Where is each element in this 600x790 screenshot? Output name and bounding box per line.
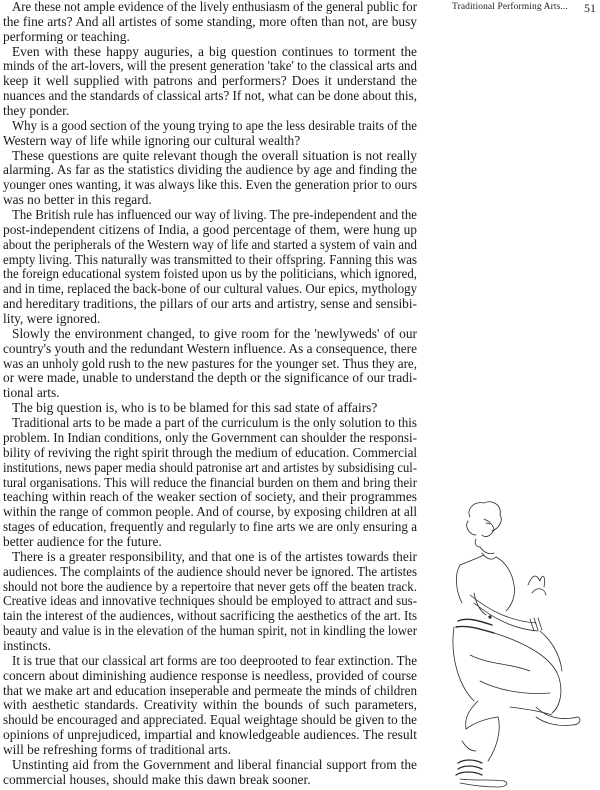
paragraph: Slowly the environment changed, to give … — [3, 327, 417, 401]
running-head: Traditional Performing Arts... 51 — [452, 2, 598, 16]
text-line: Western way of life while ignoring our c… — [3, 134, 417, 149]
text-line: or were made, unable to understand the d… — [3, 371, 417, 386]
paragraph: There is a greater responsibility, and t… — [3, 550, 417, 654]
paragraph: Unstinting aid from the Government and l… — [3, 758, 417, 788]
text-line: nuances and the standards of classical a… — [3, 89, 417, 104]
body-text: Are these not ample evidence of the live… — [3, 0, 417, 788]
text-line: lity, were ignored. — [3, 312, 417, 327]
paragraph: Even with these happy auguries, a big qu… — [3, 45, 417, 119]
text-line: The big question is, who is to be blamed… — [3, 401, 417, 416]
text-line: within the range of common people. And o… — [3, 505, 417, 520]
text-line: problem. In Indian conditions, only the … — [3, 431, 417, 446]
text-line: better audience for the future. — [3, 535, 417, 550]
text-line: concern about diminishing audience respo… — [3, 669, 417, 684]
text-line: should not bore the audience by a repert… — [3, 580, 417, 595]
text-line: beauty and value is in the elevation of … — [3, 624, 417, 639]
text-line: and in time, replaced the back-bone of o… — [3, 282, 417, 297]
text-line: Unstinting aid from the Government and l… — [3, 758, 417, 773]
text-line: post-independent citizens of India, a go… — [3, 223, 417, 238]
running-head-title: Traditional Performing Arts... — [452, 2, 568, 12]
paragraph: Are these not ample evidence of the live… — [3, 0, 417, 45]
text-line: tural organisations. This will reduce th… — [3, 476, 417, 491]
text-line: There is a greater responsibility, and t… — [3, 550, 417, 565]
text-line: country's youth and the redundant Wester… — [3, 342, 417, 357]
paragraph: It is true that our classical art forms … — [3, 654, 417, 758]
text-line: that we make art and education inseperab… — [3, 684, 417, 699]
text-line: commercial houses, should make this dawn… — [3, 773, 417, 788]
text-line: instincts. — [3, 639, 417, 654]
paragraph: These questions are quite relevant thoug… — [3, 149, 417, 208]
text-line: bility of reviving the right spirit thro… — [3, 446, 417, 461]
text-line: Slowly the environment changed, to give … — [3, 327, 417, 342]
text-line: tional arts. — [3, 386, 417, 401]
text-line: keep it well supplied with patrons and p… — [3, 74, 417, 89]
text-line: alarming. As far as the statistics divid… — [3, 163, 417, 178]
paragraph: The British rule has influenced our way … — [3, 208, 417, 327]
text-line: will be refreshing forms of traditional … — [3, 743, 417, 758]
text-line: Are these not ample evidence of the live… — [3, 0, 417, 15]
paragraph: Traditional arts to be made a part of th… — [3, 416, 417, 550]
text-line: the fine arts? And all artistes of some … — [3, 15, 417, 30]
text-line: about the peripherals of the Western way… — [3, 238, 417, 253]
text-line: younger ones wanting, it was always like… — [3, 178, 417, 193]
text-line: These questions are quite relevant thoug… — [3, 149, 417, 164]
text-line: empty living. This naturally was transmi… — [3, 253, 417, 268]
text-line: with aesthetic standards. Creativity wit… — [3, 698, 417, 713]
paragraph: Why is a good section of the young tryin… — [3, 119, 417, 149]
text-line: institutions, news paper media should pa… — [3, 461, 417, 476]
dancer-sketch-illustration — [440, 495, 600, 790]
text-line: minds of the art-lovers, will the presen… — [3, 59, 417, 74]
paragraph: The big question is, who is to be blamed… — [3, 401, 417, 416]
text-line: teaching within reach of the weaker sect… — [3, 490, 417, 505]
text-line: performing or teaching. — [3, 30, 417, 45]
text-line: the foreign educational system foisted u… — [3, 267, 417, 282]
text-line: was an unholy gold rush to the new pastu… — [3, 357, 417, 372]
text-line: Traditional arts to be made a part of th… — [3, 416, 417, 431]
text-line: Why is a good section of the young tryin… — [3, 119, 417, 134]
text-line: stages of education, frequently and regu… — [3, 520, 417, 535]
text-line: was no better in this regard. — [3, 193, 417, 208]
text-line: audiences. The complaints of the audienc… — [3, 565, 417, 580]
text-line: and hereditary traditions, the pillars o… — [3, 297, 417, 312]
text-line: they ponder. — [3, 104, 417, 119]
text-line: Creative ideas and innovative techniques… — [3, 594, 417, 609]
text-line: Even with these happy auguries, a big qu… — [3, 45, 417, 60]
text-line: It is true that our classical art forms … — [3, 654, 417, 669]
text-line: opinions of unprejudiced, impartial and … — [3, 728, 417, 743]
text-line: tain the interest of the audiences, with… — [3, 609, 417, 624]
text-line: The British rule has influenced our way … — [3, 208, 417, 223]
text-line: should be encouraged and appreciated. Eq… — [3, 713, 417, 728]
page-number: 51 — [584, 1, 596, 16]
